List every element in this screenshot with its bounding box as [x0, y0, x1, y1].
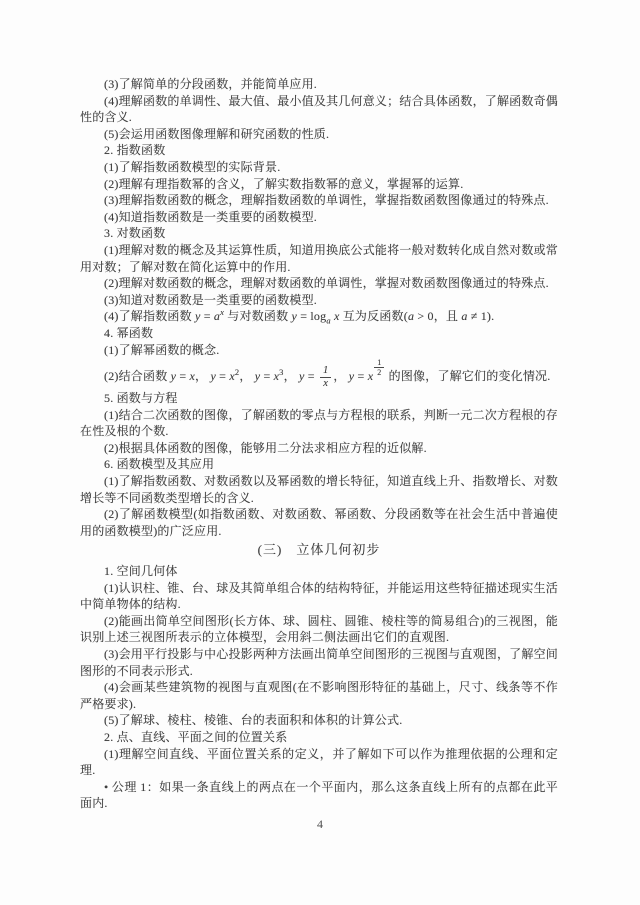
- fraction: 12: [373, 367, 385, 377]
- list-item-solid-2: (2)能画出简单空间图形(长方体、球、圆柱、圆锥、棱柱等的简易组合)的三视图，能…: [80, 613, 558, 646]
- text-segment: = log: [297, 309, 326, 323]
- text-segment: > 0，且: [414, 309, 461, 323]
- list-item-exp-3: (3)理解指数函数的概念，理解指数函数的单调性，掌握指数函数图像通过的特殊点.: [80, 192, 558, 209]
- list-item-solid-4: (4)会画某些建筑物的视图与直观图(在不影响图形特征的基础上，尺寸、线条等不作严…: [80, 679, 558, 712]
- list-item-exp-2: (2)理解有理指数幂的含义，了解实数指数幂的意义，掌握幂的运算.: [80, 176, 558, 193]
- axiom-item-1: • 公理 1：如果一条直线上的两点在一个平面内，那么这条直线上所有的点都在此平面…: [80, 779, 558, 812]
- list-item-log-3: (3)知道对数函数是一类重要的函数模型.: [80, 292, 558, 309]
- list-item-log-2: (2)理解对数函数的概念，理解对数函数的单调性，掌握对数函数图像通过的特殊点.: [80, 275, 558, 292]
- document-body: (3)了解简单的分段函数，并能简单应用.(4)理解函数的单调性、最大值、最小值及…: [80, 76, 558, 812]
- page-number: 4: [0, 817, 640, 832]
- document-page: (3)了解简单的分段函数，并能简单应用.(4)理解函数的单调性、最大值、最小值及…: [0, 0, 640, 905]
- text-segment: =: [260, 369, 273, 383]
- list-item-log-1: (1)理解对数的概念及其运算性质，知道用换底公式能将一般对数转化成自然对数或常用…: [80, 242, 558, 275]
- text-segment: ，: [239, 369, 254, 383]
- list-item-eq-2: (2)根据具体函数的图像，能够用二分法求相应方程的近似解.: [80, 440, 558, 457]
- text-segment: ，: [333, 369, 348, 383]
- list-item-pow-1: (1)了解幂函数的概念.: [80, 342, 558, 359]
- fraction: 1x: [320, 365, 331, 390]
- text-segment: =: [201, 309, 214, 323]
- numbered-heading-6-models: 6. 函数模型及其应用: [80, 456, 558, 473]
- text-segment: 与对数函数: [224, 309, 291, 323]
- list-item-fn-5: (5)会运用函数图像理解和研究函数的性质.: [80, 126, 558, 143]
- list-item-exp-1: (1)了解指数函数模型的实际背景.: [80, 159, 558, 176]
- list-item-pos-1: (1)理解空间直线、平面位置关系的定义，并了解如下可以作为推理依据的公理和定理.: [80, 746, 558, 779]
- numbered-heading-2-exponential: 2. 指数函数: [80, 142, 558, 159]
- list-item-fn-4: (4)理解函数的单调性、最大值、最小值及其几何意义；结合具体函数，了解函数奇偶性…: [80, 93, 558, 126]
- numbered-heading-1-solids: 1. 空间几何体: [80, 563, 558, 580]
- text-segment: =: [305, 369, 318, 383]
- list-item-solid-5: (5)了解球、棱柱、棱锥、台的表面积和体积的计算公式.: [80, 712, 558, 729]
- text-segment: ≠ 1).: [468, 309, 495, 323]
- text-segment: (4)了解指数函数: [104, 309, 195, 323]
- numbered-heading-2-positions: 2. 点、直线、平面之间的位置关系: [80, 729, 558, 746]
- list-item-log-4-formula: (4)了解指数函数 y = ax 与对数函数 y = loga x 互为反函数(…: [80, 308, 558, 325]
- text-segment: 互为反函数(: [340, 309, 408, 323]
- numbered-heading-4-power: 4. 幂函数: [80, 325, 558, 342]
- numbered-heading-3-logarithmic: 3. 对数函数: [80, 225, 558, 242]
- list-item-solid-3: (3)会用平行投影与中心投影两种方法画出简单空间图形的三视图与直观图，了解空间图…: [80, 646, 558, 679]
- text-segment: =: [216, 369, 229, 383]
- list-item-fn-3: (3)了解简单的分段函数，并能简单应用.: [80, 76, 558, 93]
- text-segment: =: [176, 369, 189, 383]
- list-item-pow-2-formula: (2)结合函数 y = x， y = x2， y = x3， y = 1x， y…: [80, 358, 558, 390]
- list-item-model-2: (2)了解函数模型(如指数函数、对数函数、幂函数、分段函数等在社会生活中普遍使用…: [80, 506, 558, 539]
- list-item-eq-1: (1)结合二次函数的图像，了解函数的零点与方程根的联系，判断一元二次方程根的存在…: [80, 407, 558, 440]
- text-segment: (2)结合函数: [104, 369, 171, 383]
- text-segment: x: [331, 309, 340, 323]
- list-item-exp-4: (4)知道指数函数是一类重要的函数模型.: [80, 209, 558, 226]
- list-item-model-1: (1)了解指数函数、对数函数以及幂函数的增长特征，知道直线上升、指数增长、对数增…: [80, 473, 558, 506]
- text-segment: 的图像，了解它们的变化情况.: [385, 369, 550, 383]
- numbered-heading-5-equations: 5. 函数与方程: [80, 390, 558, 407]
- list-item-solid-1: (1)认识柱、锥、台、球及其简单组合体的结构特征，并能运用这些特征描述现实生活中…: [80, 580, 558, 613]
- text-segment: =: [354, 369, 367, 383]
- text-segment: ，: [284, 369, 299, 383]
- section-heading-solid-geometry: (三) 立体几何初步: [80, 542, 558, 559]
- text-segment: ，: [195, 369, 210, 383]
